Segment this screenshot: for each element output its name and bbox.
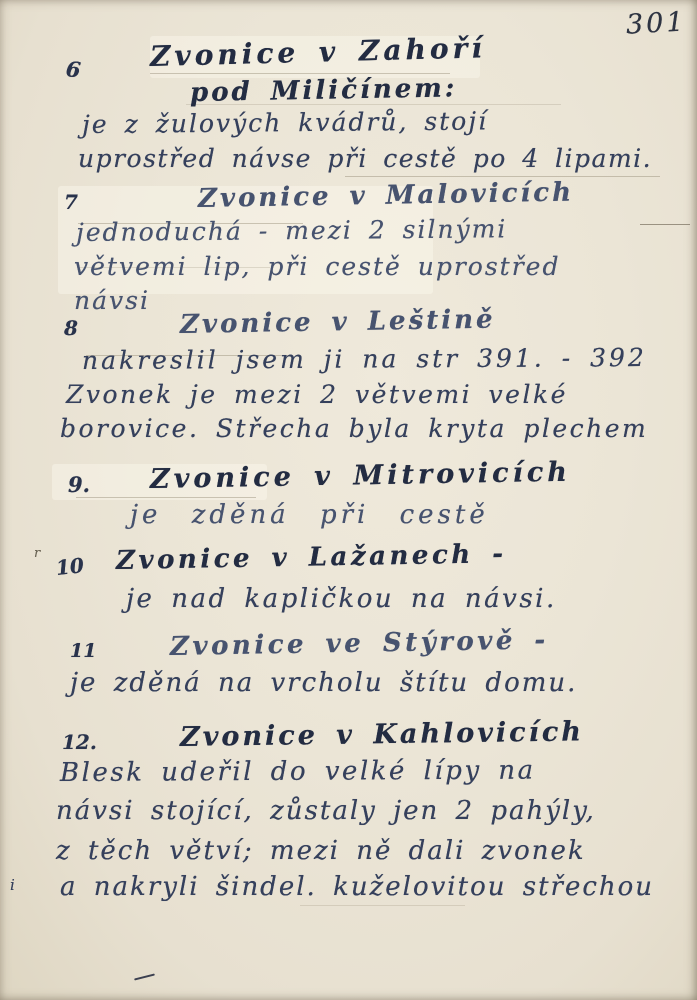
entry-number: 11 (70, 640, 96, 662)
guide-line (640, 224, 690, 225)
entry-number: 7 (64, 190, 78, 214)
margin-mark: i (10, 876, 15, 894)
handwritten-line: jednoduchá - mezi 2 silnými (76, 214, 508, 247)
handwritten-line: je zděná při cestě (130, 500, 489, 530)
entry-heading: Zvonice v Mitrovicích (150, 457, 571, 495)
scanned-page: 301 6 Zvonice v Zahoří pod Miličínem: je… (0, 0, 697, 1000)
entry-heading: Zvonice v Kahlovicích (180, 716, 584, 753)
handwritten-line: borovice. Střecha byla kryta plechem (60, 414, 648, 443)
entry-heading: Zvonice v Lažanech - (116, 539, 507, 576)
handwritten-line: je z žulových kvádrů, stojí (82, 106, 488, 139)
guide-line (76, 497, 256, 498)
entry-number: 9. (68, 472, 90, 497)
handwritten-line: návsi (74, 286, 150, 315)
handwritten-line: Blesk udeřil do velké lípy na (60, 756, 536, 788)
handwritten-line: je nad kapličkou na návsi. (126, 584, 557, 614)
entry-number: 8 (64, 316, 78, 340)
guide-line (345, 176, 660, 177)
handwritten-line: je zděná na vrcholu štítu domu. (70, 668, 577, 698)
page-number: 301 (625, 6, 687, 40)
handwritten-line: větvemi lip, při cestě uprostřed (74, 252, 560, 281)
margin-mark: r (34, 546, 40, 561)
handwritten-line: a nakryli šindel. kuželovitou střechou (60, 872, 654, 902)
entry-number: 12. (62, 730, 97, 754)
entry-heading: Zvonice v Malovicích (198, 177, 575, 214)
ink-tick (134, 973, 155, 980)
handwritten-line: návsi stojící, zůstaly jen 2 pahýly, (56, 796, 596, 826)
handwritten-line: nakreslil jsem ji na str 391. - 392 (82, 343, 647, 375)
entry-number: 10 (55, 553, 85, 580)
entry-heading: Zvonice v Leštině (180, 304, 496, 340)
handwritten-line: uprostřed návse při cestě po 4 lipami. (78, 144, 652, 173)
handwritten-line: z těch větví; mezi ně dali zvonek (56, 836, 586, 866)
entry-heading: Zvonice ve Stýrově - (170, 625, 549, 662)
handwritten-line: Zvonek je mezi 2 větvemi velké (66, 380, 568, 409)
entry-number: 6 (65, 56, 82, 82)
entry-subheading: pod Miličínem: (190, 73, 458, 108)
guide-line (300, 905, 465, 906)
